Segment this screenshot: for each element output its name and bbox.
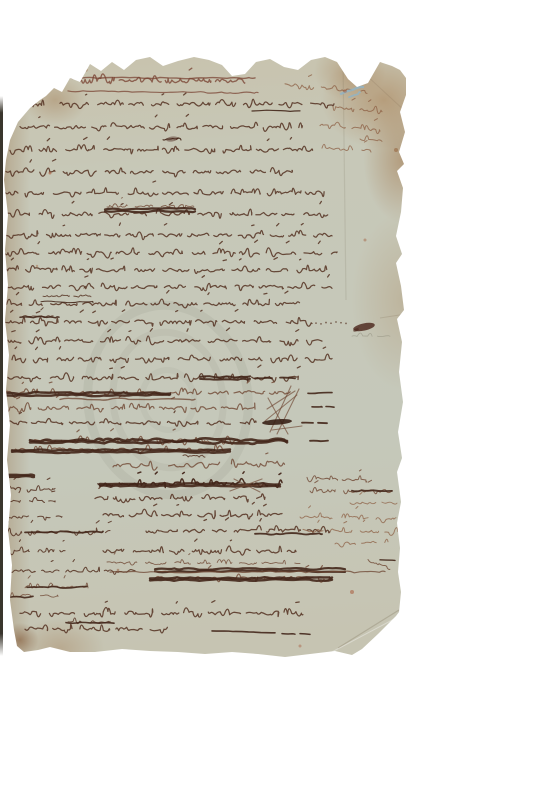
scan-background	[0, 0, 549, 800]
handwriting-layer	[0, 0, 549, 800]
adjacent-scan-edge	[0, 96, 3, 656]
manuscript-page	[0, 0, 549, 800]
